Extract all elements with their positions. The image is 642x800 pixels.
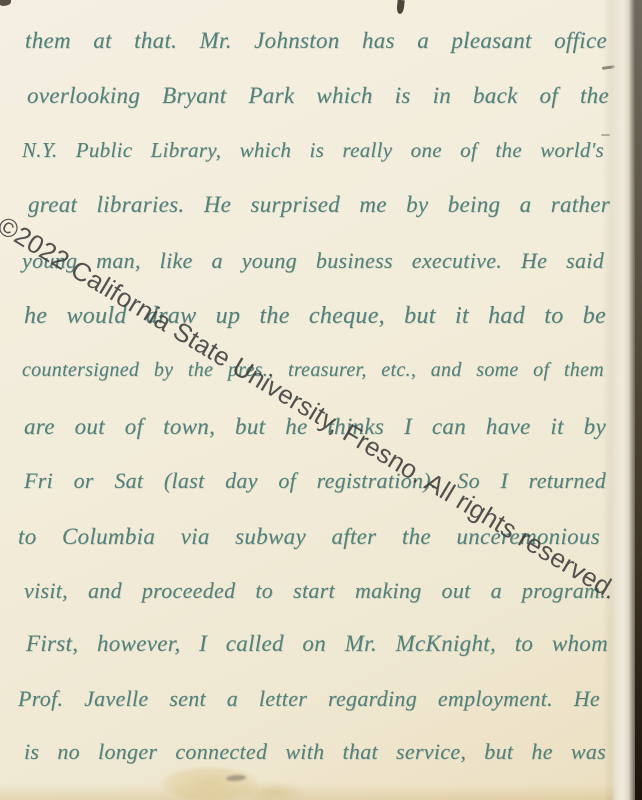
- handwritten-line-4: great libraries. He surprised me by bein…: [28, 192, 610, 218]
- paper-speck-top-left-corner: [0, 0, 11, 6]
- paper-stain: [238, 780, 308, 800]
- handwritten-line-12: First, however, I called on Mr. McKnight…: [26, 631, 608, 657]
- book-binding-dark-edge: [635, 0, 642, 800]
- handwritten-line-9: Fri or Sat (last day of registration). S…: [24, 468, 606, 494]
- handwritten-line-2: overlooking Bryant Park which is in back…: [27, 83, 609, 109]
- handwritten-line-14: is no longer connected with that service…: [24, 739, 606, 765]
- scanned-letter-page: them at that. Mr. Johnston has a pleasan…: [0, 0, 642, 800]
- handwritten-line-3: N.Y. Public Library, which is really one…: [22, 138, 604, 163]
- handwritten-line-1: them at that. Mr. Johnston has a pleasan…: [25, 28, 607, 54]
- handwritten-line-7: countersigned by the pres., treasurer, e…: [22, 359, 604, 382]
- paper-speck-top-edge: [396, 0, 404, 14]
- handwritten-line-13: Prof. Javelle sent a letter regarding em…: [18, 686, 600, 712]
- handwritten-line-11: visit, and proceeded to start making out…: [24, 578, 606, 604]
